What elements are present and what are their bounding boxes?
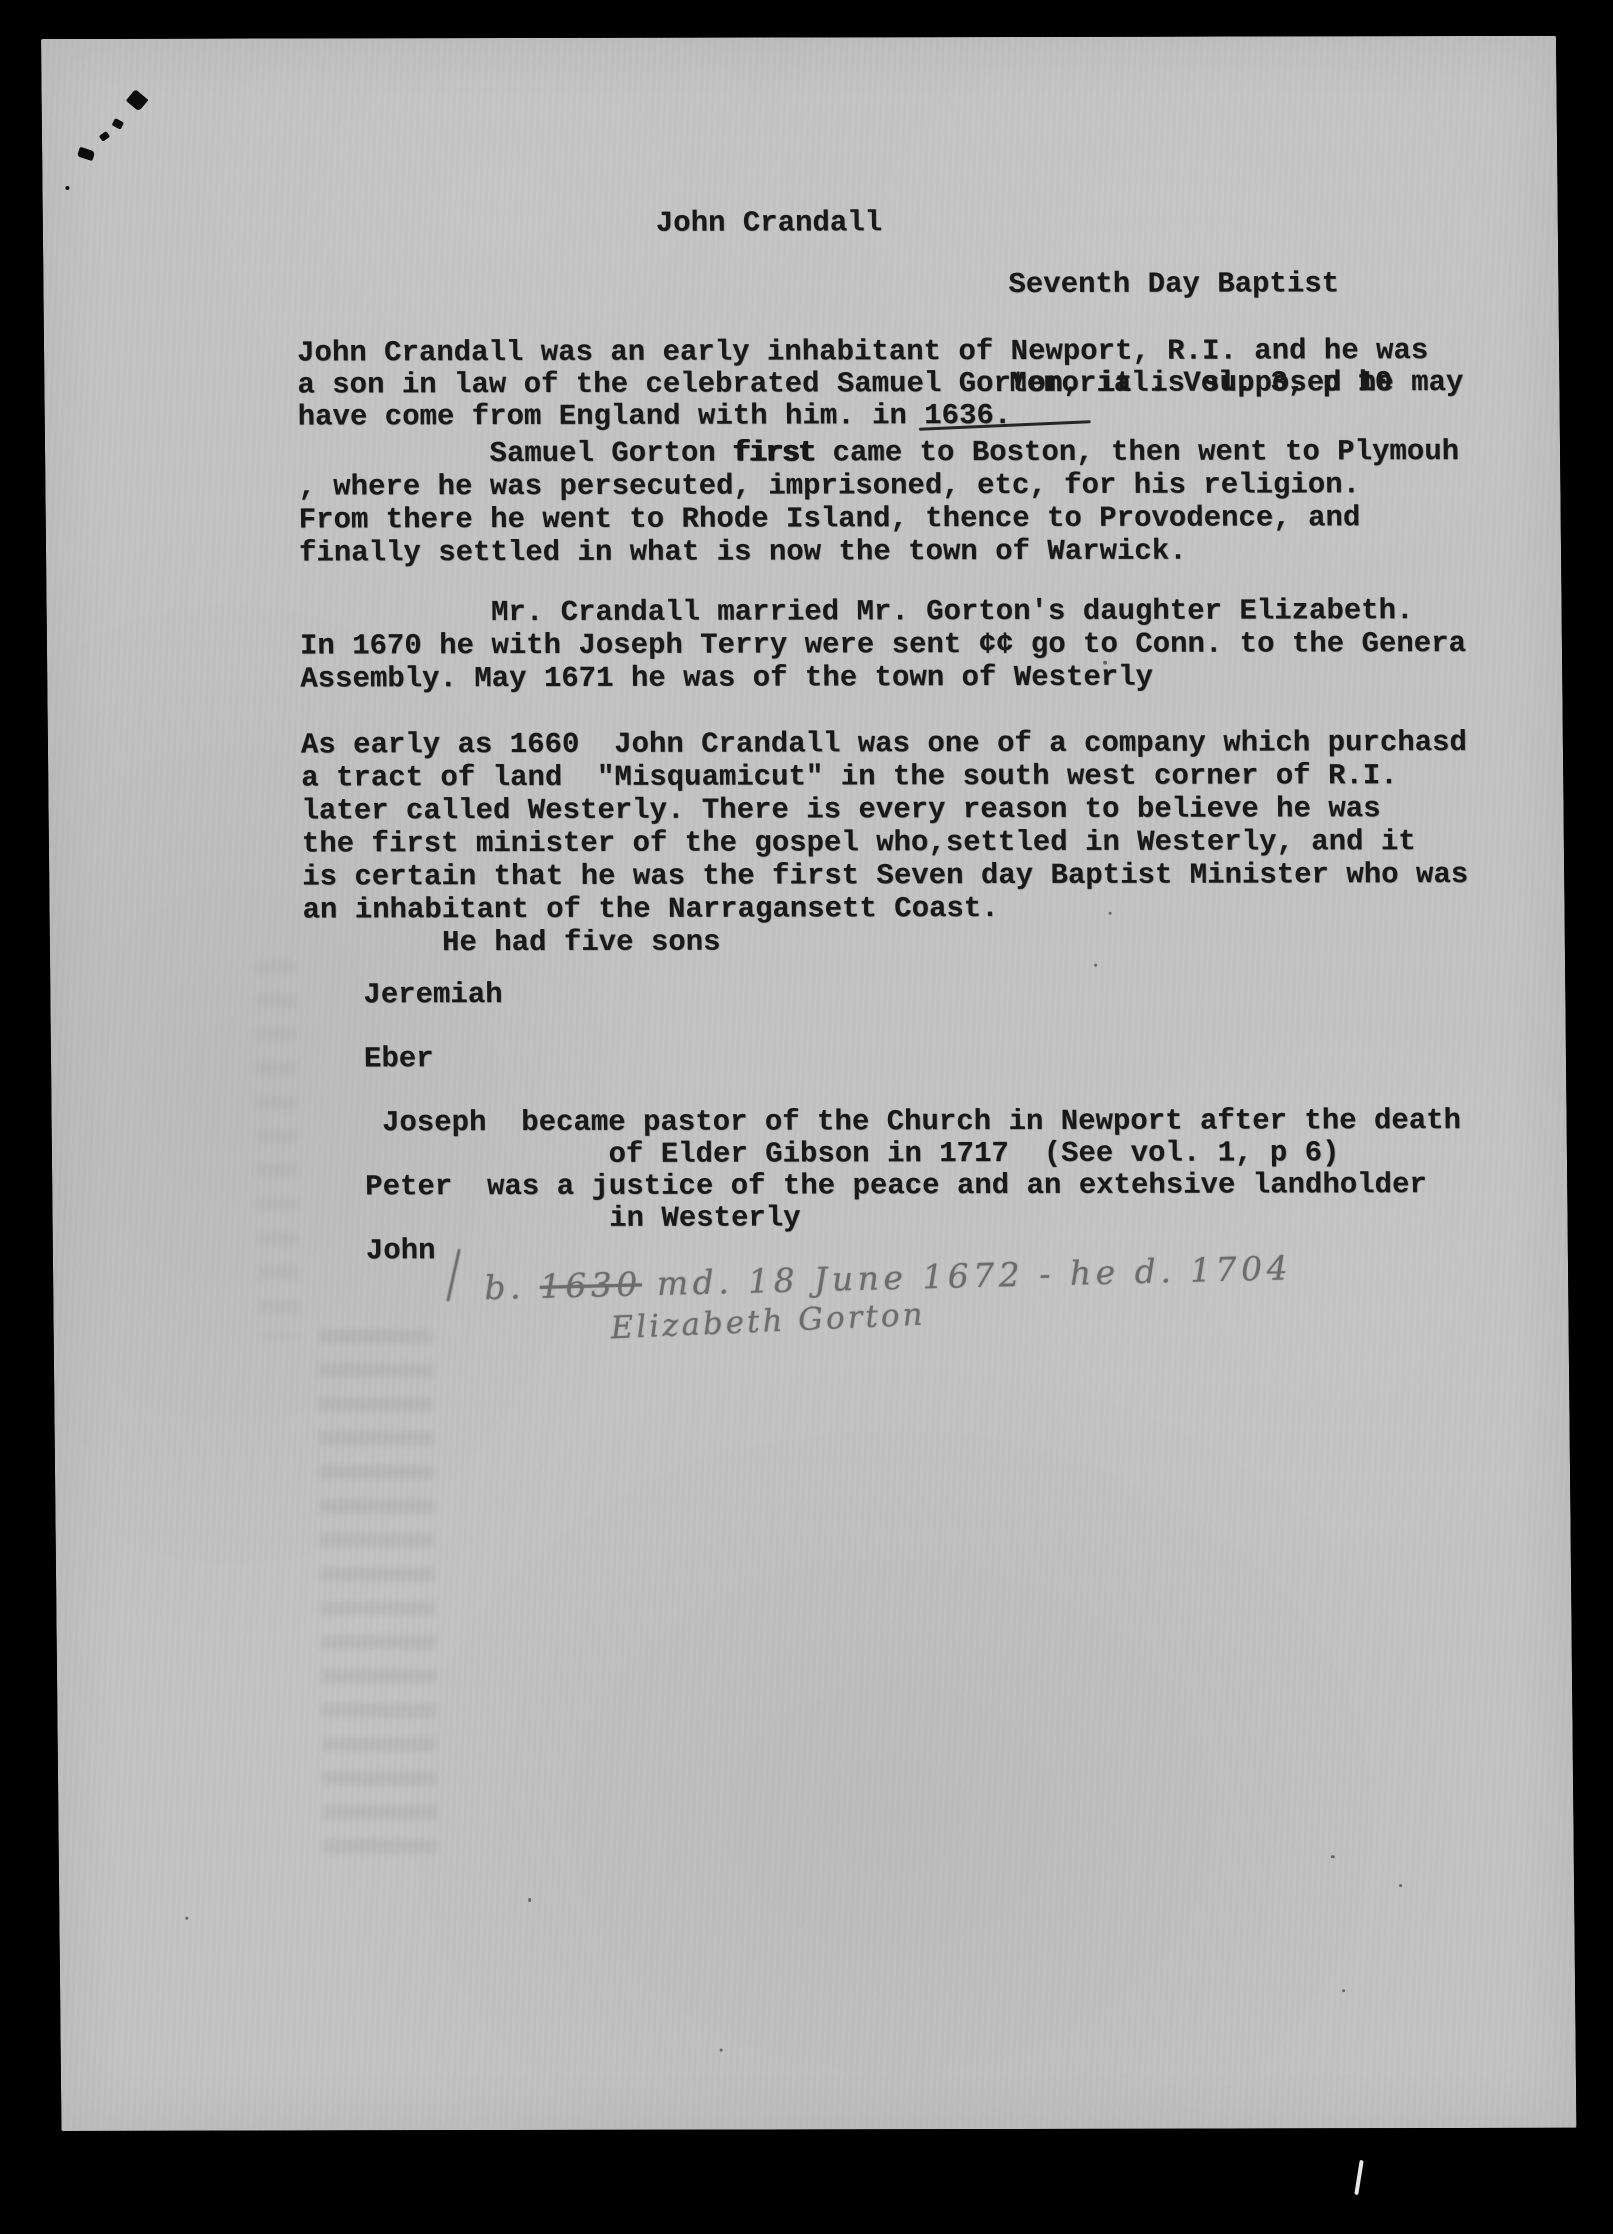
overstruck-word: first [733,436,815,469]
text-line: From there he went to Rhode Island, then… [299,501,1460,536]
paper-speck [1331,1855,1335,1858]
scanned-document-page: { "page": { "background_color": "#000000… [0,0,1613,2234]
text-line: a son in law of the celebrated Samuel Go… [297,367,1463,401]
text-segment: Samuel Gorton [298,437,733,471]
paper-speck [528,1898,531,1902]
handwritten-prefix: b. [484,1267,541,1307]
paragraph-gorton: Samuel Gorton first came to Boston, then… [298,435,1460,569]
source-line: Seventh Day Baptist [1008,267,1391,301]
text-line: have come from England with him. in 1636… [298,399,1464,433]
paper-sheet: John Crandall Seventh Day Baptist Memori… [41,36,1576,2131]
text-line [364,1073,1461,1107]
text-line: He had five sons [303,924,1469,959]
text-line: In 1670 he with Joseph Terry were sent ¢… [300,627,1466,662]
text-line: later called Westerly. There is every re… [301,792,1467,827]
paper-speck [1094,964,1097,967]
paper-speck [185,1917,188,1920]
text-line: a tract of land "Misquamicut" in the sou… [301,759,1467,794]
handwritten-struck-year: 1630 [539,1264,642,1306]
text-line: in Westerly [365,1201,1462,1235]
bleed-through-smudge [318,1329,438,1859]
document-title: John Crandall [656,206,883,239]
handwritten-note-line2: Elizabeth Gorton [610,1297,927,1347]
paragraph-marriage: Mr. Crandall married Mr. Gorton's daught… [299,594,1466,695]
text-line: an inhabitant of the Narragansett Coast. [302,891,1468,926]
text-line: of Elder Gibson in 1717 (See vol. 1, p 6… [365,1137,1462,1171]
text-line: John Crandall was an early inhabitant of… [297,335,1463,369]
paper-speck [720,2049,723,2052]
text-line: Jeremiah [363,977,1460,1011]
ink-blot [65,186,69,190]
text-line: Eber [364,1041,1461,1075]
paper-speck [1399,1884,1402,1887]
paragraph-intro: John Crandall was an early inhabitant of… [297,335,1464,433]
text-line: Samuel Gorton first came to Boston, then… [298,435,1459,470]
paper-speck [1342,1989,1345,1992]
text-line: , where he was persecuted, imprisoned, e… [298,468,1459,503]
text-line: Peter was a justice of the peace and an … [365,1169,1462,1203]
text-line: is certain that he was the first Seven d… [302,858,1468,893]
paragraph-westerly: As early as 1660 John Crandall was one o… [301,726,1469,959]
text-line: Mr. Crandall married Mr. Gorton's daught… [299,594,1465,629]
ink-blot [77,147,95,161]
text-line: Joseph became pastor of the Church in Ne… [364,1105,1461,1139]
text-line [364,1009,1461,1043]
text-line: Assembly. May 1671 he was of the town of… [300,660,1466,695]
text-line: the first minister of the gospel who,set… [302,825,1468,860]
text-line: As early as 1660 John Crandall was one o… [301,726,1467,761]
text-segment: came to Boston, then went to Plymouh [815,435,1459,469]
text-line: finally settled in what is now the town … [299,534,1460,569]
ink-blot [99,131,110,142]
ink-blot [126,89,149,111]
ink-blot [112,118,125,130]
scanner-artifact-slash [1354,2160,1363,2195]
bleed-through-smudge [254,959,300,1339]
sons-list: Jeremiah Eber Joseph became pastor of th… [363,977,1462,1267]
